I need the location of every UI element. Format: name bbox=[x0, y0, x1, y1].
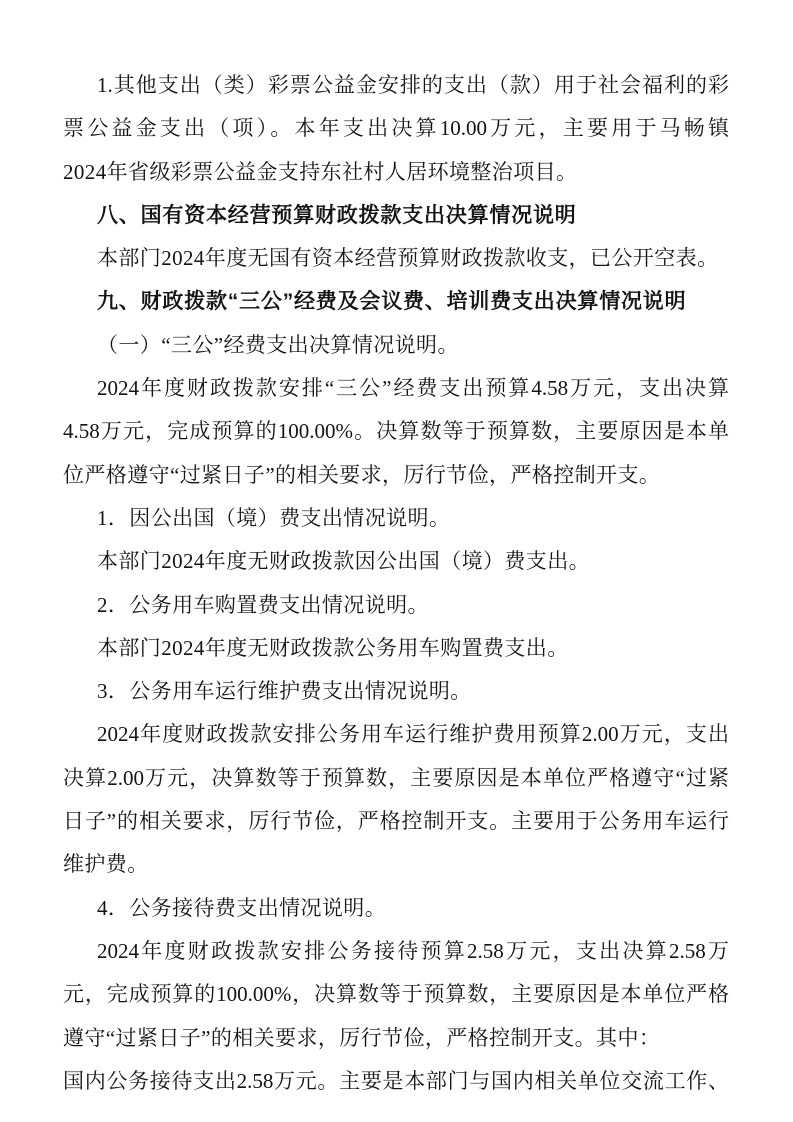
document-line: 遵守“过紧日子”的相关要求，厉行节俭，严格控制开支。其中： bbox=[63, 1017, 729, 1060]
document-line: 维护费。 bbox=[63, 843, 729, 886]
document-line: 1.其他支出（类）彩票公益金安排的支出（款）用于社会福利的彩 bbox=[63, 64, 729, 107]
document-line: 本部门2024年度无财政拨款公务用车购置费支出。 bbox=[63, 627, 729, 670]
document-page: 1.其他支出（类）彩票公益金安排的支出（款）用于社会福利的彩票公益金支出（项）。… bbox=[0, 0, 793, 1122]
document-line: 票公益金支出（项）。本年支出决算10.00万元，主要用于马畅镇 bbox=[63, 107, 729, 150]
document-line: 元，完成预算的100.00%，决算数等于预算数，主要原因是本单位严格 bbox=[63, 973, 729, 1016]
document-line: 2024年度财政拨款安排公务用车运行维护费用预算2.00万元，支出 bbox=[63, 713, 729, 756]
document-line: 2024年省级彩票公益金支持东社村人居环境整治项目。 bbox=[63, 151, 729, 194]
document-line: 2．公务用车购置费支出情况说明。 bbox=[63, 584, 729, 627]
document-line: 4.58万元，完成预算的100.00%。决算数等于预算数，主要原因是本单 bbox=[63, 410, 729, 453]
document-line: （一）“三公”经费支出决算情况说明。 bbox=[63, 324, 729, 367]
section-heading: 八、国有资本经营预算财政拨款支出决算情况说明 bbox=[63, 194, 729, 237]
document-line: 本部门2024年度无国有资本经营预算财政拨款收支，已公开空表。 bbox=[63, 237, 729, 280]
document-line: 位严格遵守“过紧日子”的相关要求，厉行节俭，严格控制开支。 bbox=[63, 454, 729, 497]
document-line: 2024年度财政拨款安排公务接待预算2.58万元，支出决算2.58万 bbox=[63, 930, 729, 973]
document-line: 日子”的相关要求，厉行节俭，严格控制开支。主要用于公务用车运行 bbox=[63, 800, 729, 843]
section-heading: 九、财政拨款“三公”经费及会议费、培训费支出决算情况说明 bbox=[63, 280, 729, 323]
document-line: 4．公务接待费支出情况说明。 bbox=[63, 887, 729, 930]
document-line: 本部门2024年度无财政拨款因公出国（境）费支出。 bbox=[63, 540, 729, 583]
document-line: 国内公务接待支出2.58万元。主要是本部门与国内相关单位交流工作、 bbox=[63, 1060, 729, 1103]
document-line: 2024年度财政拨款安排“三公”经费支出预算4.58万元，支出决算 bbox=[63, 367, 729, 410]
document-line: 决算2.00万元，决算数等于预算数，主要原因是本单位严格遵守“过紧 bbox=[63, 757, 729, 800]
document-body: 1.其他支出（类）彩票公益金安排的支出（款）用于社会福利的彩票公益金支出（项）。… bbox=[63, 64, 729, 1103]
document-line: 3．公务用车运行维护费支出情况说明。 bbox=[63, 670, 729, 713]
document-line: 1．因公出国（境）费支出情况说明。 bbox=[63, 497, 729, 540]
